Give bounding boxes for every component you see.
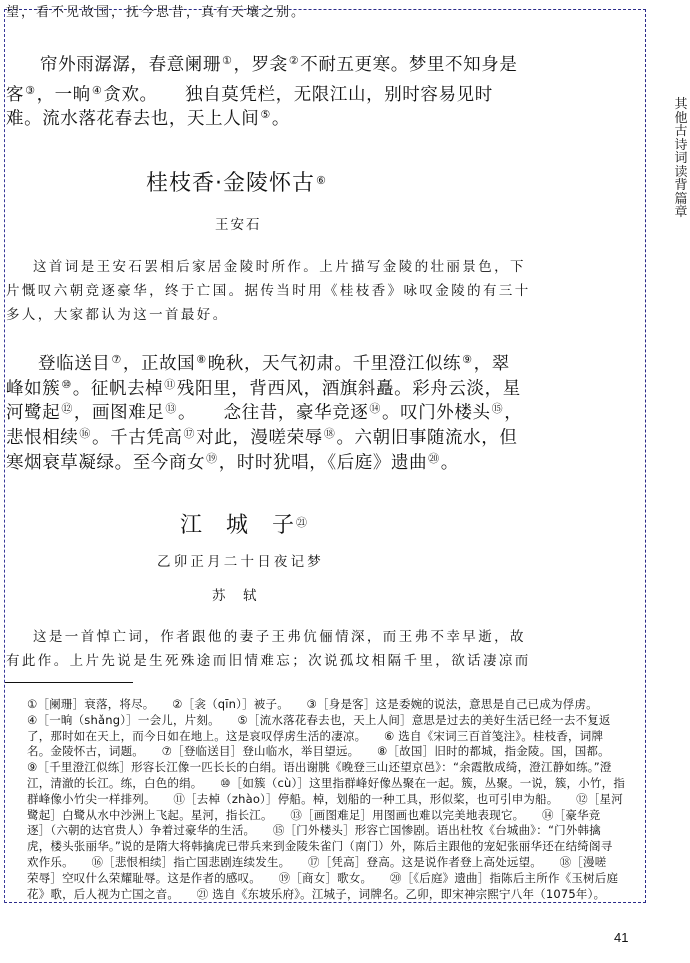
footnote-marker: ⑰ xyxy=(184,427,196,440)
line-text: 对此，漫嗟荣辱 xyxy=(196,428,323,448)
line-text: 客 xyxy=(6,85,24,105)
line-text: ，时时犹唱，《后庭》遗曲 xyxy=(219,453,427,473)
footnote-marker: ⑫ xyxy=(61,402,73,415)
side-section-label: 其他古诗词读背篇章 xyxy=(673,98,689,220)
footnote-marker: ⑦ xyxy=(111,353,121,366)
page-number: 41 xyxy=(614,930,628,945)
line-text: 难。流水落花春去也，天上人间 xyxy=(6,109,259,129)
poem1-intro-line: 片慨叹六朝竞逐豪华，终于亡国。据传当时用《桂枝香》咏叹金陵的有三十 xyxy=(6,282,531,300)
footnote-marker: ⑨ xyxy=(462,353,472,366)
line-text: 残阳里，背西风，酒旗斜矗。彩舟云淡，星 xyxy=(177,379,521,399)
footnote-marker: ⑲ xyxy=(206,452,218,465)
poem1-line: 登临送目⑦，正故国⑧晚秋，天气初肃。千里澄江似练⑨，翠 xyxy=(38,349,510,375)
line-text: 。 xyxy=(441,453,459,473)
prev-commentary-tail: 望，看不见故国，抚今思昔，真有天壤之别。 xyxy=(6,4,306,22)
line-text: 登临送目 xyxy=(38,354,110,374)
poem2-title-text: 江 城 子 xyxy=(180,513,295,538)
footnote-marker: ⑪ xyxy=(164,378,176,391)
line-text: 河鹭起 xyxy=(6,403,60,423)
footnote-marker: ⑬ xyxy=(165,402,177,415)
poem2-author: 苏 轼 xyxy=(212,584,259,604)
poem2-title-note: ㉑ xyxy=(296,516,308,529)
line-text: 帘外雨潺潺，春意阑珊 xyxy=(40,55,221,75)
footnote-marker: ② xyxy=(289,54,299,67)
poem2-title: 江 城 子㉑ xyxy=(180,508,309,539)
footnote-marker: ⑭ xyxy=(369,402,381,415)
poem1-title: 桂枝香·金陵怀古⑥ xyxy=(146,166,328,197)
poem1-line: 寒烟衰草凝绿。至今商女⑲，时时犹唱，《后庭》遗曲⑳。 xyxy=(6,448,459,474)
footnote-marker: ⑱ xyxy=(324,427,336,440)
line-text: ，正故国 xyxy=(123,354,195,374)
line-text: 。千古凭高 xyxy=(92,428,183,448)
prev-poem-line: 难。流水落花春去也，天上人间⑤。 xyxy=(6,104,290,130)
line-text: 寒烟衰草凝绿。至今商女 xyxy=(6,453,205,473)
line-text: ，罗衾 xyxy=(233,55,287,75)
footnote-marker: ⑯ xyxy=(79,427,91,440)
line-text: 悲恨相续 xyxy=(6,428,78,448)
line-text: ，画图难足 xyxy=(74,403,165,423)
footnote-marker: ⑧ xyxy=(196,353,206,366)
poem2-subtitle: 乙卯正月二十日夜记梦 xyxy=(157,550,324,570)
line-text: ，翠 xyxy=(474,354,510,374)
poem1-intro-line: 多人，大家都认为这一首最好。 xyxy=(6,306,229,324)
poem2-intro-line: 有此作。上片先说是生死殊途而旧情难忘；次说孤坟相隔千里，欲话凄凉而 xyxy=(6,652,531,670)
line-text: 。六朝旧事随流水，但 xyxy=(336,428,517,448)
footnote-marker: ⑳ xyxy=(428,452,440,465)
line-text: 贪欢。 独自莫凭栏，无限江山，别时容易见时 xyxy=(103,85,492,105)
poem2-intro-line: 这是一首悼亡词，作者跟他的妻子王弗伉俪情深，而王弗不幸早逝，故 xyxy=(33,628,526,646)
footnote-marker: ⑮ xyxy=(492,402,504,415)
line-text: 。 念往昔，豪华竞逐 xyxy=(178,403,368,423)
footnote-marker: ④ xyxy=(92,84,102,97)
footnote-line: 花》歌，后人视为亡国之音。 ㉑ 选自《东坡乐府》。江城子，词牌名。乙卯，即宋神宗… xyxy=(27,885,605,904)
line-text: 晚秋，天气初肃。千里澄江似练 xyxy=(208,354,461,374)
prev-poem-line: 客③，一晌④贪欢。 独自莫凭栏，无限江山，别时容易见时 xyxy=(6,80,493,106)
poem1-line: 河鹭起⑫，画图难足⑬。 念往昔，豪华竞逐⑭。叹门外楼头⑮， xyxy=(6,398,522,424)
footnote-marker: ① xyxy=(222,54,232,67)
line-text: 。 xyxy=(272,109,290,129)
poem1-title-text: 桂枝香·金陵怀古 xyxy=(146,171,315,196)
footnote-marker: ⑤ xyxy=(260,108,270,121)
footnote-marker: ③ xyxy=(25,84,35,97)
footnote-separator xyxy=(5,682,133,683)
prev-poem-line: 帘外雨潺潺，春意阑珊①，罗衾②不耐五更寒。梦里不知身是 xyxy=(40,50,517,76)
footnote-marker: ⑩ xyxy=(61,378,71,391)
line-text: ，一晌 xyxy=(37,85,91,105)
poem1-line: 悲恨相续⑯。千古凭高⑰对此，漫嗟荣辱⑱。六朝旧事随流水，但 xyxy=(6,423,517,449)
poem1-author: 王安石 xyxy=(215,213,262,233)
line-text: 峰如簇 xyxy=(6,379,60,399)
line-text: 不耐五更寒。梦里不知身是 xyxy=(300,55,517,75)
line-text: 。征帆去棹 xyxy=(73,379,164,399)
line-text: ， xyxy=(504,403,522,423)
poem1-line: 峰如簇⑩。征帆去棹⑪残阳里，背西风，酒旗斜矗。彩舟云淡，星 xyxy=(6,374,521,400)
poem1-title-note: ⑥ xyxy=(316,174,327,187)
line-text: 。叹门外楼头 xyxy=(382,403,491,423)
poem1-intro-line: 这首词是王安石罢相后家居金陵时所作。上片描写金陵的壮丽景色，下 xyxy=(33,258,526,276)
